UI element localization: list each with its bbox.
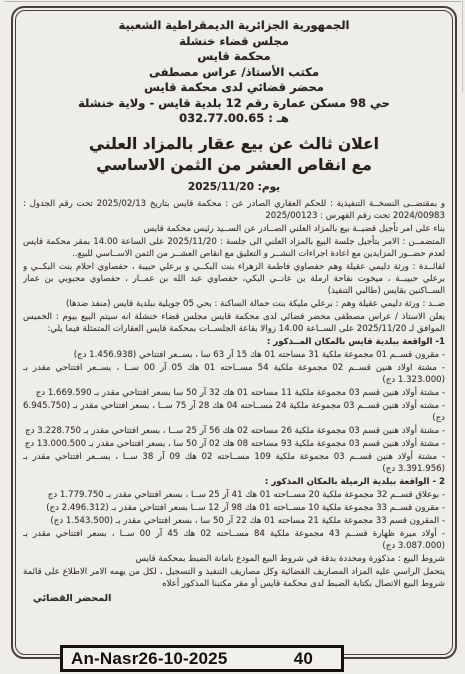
property-item: - مشته أولاد هنين قســم 03 مجموعة ملكية … — [23, 400, 445, 424]
notice-paragraph-postponement: المتضمــن : الامر بتأجيل جلسة البيع بالم… — [23, 236, 445, 260]
property-item: - مقرون قســم 33 مجموعة ملكية 10 مســاحت… — [23, 502, 445, 514]
title-line-2: مع انقاص العشر من الثمن الاساسي — [23, 155, 445, 176]
phone-line: هـ : 032.77.00.65 — [23, 111, 445, 127]
section-2-heading: 2 - الواقعة ببلدية الرميلة بالمكان المذك… — [23, 476, 445, 488]
title-line-1: اعلان ثالث عن بيع عقار بالمزاد العلني — [23, 134, 445, 155]
address-line: حي 98 مسكن عمارة رقم 12 بلدية قايس - ولا… — [23, 96, 445, 112]
office-line: مكتب الأستاذ/ عراس مصطفى — [23, 65, 445, 81]
page-number: 40 — [294, 649, 313, 669]
bailiff-line: محضر قضائي لدى محكمة قايس — [23, 80, 445, 96]
property-item: - مقرون قســم 01 مجموعة ملكية 31 مساحته … — [23, 349, 445, 361]
legal-notice-page: الجمهورية الجزائرية الديمقراطية الشعبية … — [0, 0, 465, 674]
scan-edge-line-right — [462, 0, 463, 92]
property-item: - بوعلاق قســم 32 مجموعة ملكية 20 مســاح… — [23, 489, 445, 501]
property-item: - أولاد ميرة ظهارة قســم 43 مجموعة ملكية… — [23, 528, 445, 552]
republic-line: الجمهورية الجزائرية الديمقراطية الشعبية — [23, 18, 445, 34]
property-item: - مشتة أولاد هنين قسم 03 مجموعة ملكية 93… — [23, 438, 445, 450]
sale-conditions: شروط البيع : مذكورة ومحددة بدقة في شروط … — [23, 553, 445, 565]
fees-clause: يتحمل الراسي عليه المزاد المصاريف القضائ… — [23, 566, 445, 590]
notice-paragraph-announcement: يعلن الاستاذ / عراس مصطفى محضر قضائي لدى… — [23, 311, 445, 335]
notice-paragraph-beneficiaries: لفائــدة : ورثة دليمي عقيلة وهم حفصاوي ف… — [23, 261, 445, 297]
notice-content: الجمهورية الجزائرية الديمقراطية الشعبية … — [23, 13, 445, 651]
newspaper-name-date: An-Nasr26-10-2025 — [71, 649, 227, 669]
property-item: - مشتة أولاد هنين قســم 03 مجموعة ملكية … — [23, 451, 445, 475]
notice-paragraph-against: ضــد : ورثة دليمي عقيلة وهم : برعلي مليك… — [23, 298, 445, 310]
property-item: - مشتة اولاد هنين قســم 02 مجموعة ملكية … — [23, 362, 445, 386]
scan-edge-line — [4, 1, 461, 2]
notice-body: و بمقتضــى النسخــة التنفيذية : للحكم ال… — [23, 198, 445, 590]
auction-date: يوم: 2025/11/20 — [23, 181, 445, 194]
property-item: - مشتة أولاد هنين قسم 03 مجموعة ملكية 26… — [23, 425, 445, 437]
notice-paragraph-order: بناء على امر تأجيل قضيــة بيع بالمزاد ال… — [23, 223, 445, 235]
notice-title: اعلان ثالث عن بيع عقار بالمزاد العلني مع… — [23, 134, 445, 176]
notice-border-frame: الجمهورية الجزائرية الديمقراطية الشعبية … — [11, 6, 457, 659]
section-1-heading: 1- الواقعة ببلدية قايس بالمكان المــذكور… — [23, 336, 445, 348]
court-header: الجمهورية الجزائرية الديمقراطية الشعبية … — [23, 13, 445, 127]
bailiff-signature: المحضر القضائي — [23, 593, 445, 605]
notice-paragraph-writ: و بمقتضــى النسخــة التنفيذية : للحكم ال… — [23, 198, 445, 222]
council-line: مجلس قضاء خنشلة — [23, 34, 445, 50]
court-line: محكمة قايس — [23, 49, 445, 65]
property-item: - مشتة أولاد هنين قسم 03 مجموعة ملكية 11… — [23, 387, 445, 399]
newspaper-footer-box: An-Nasr26-10-2025 40 — [60, 645, 344, 672]
property-item: - المقرون قسم 33 مجموعة ملكية 21 مساحته … — [23, 515, 445, 527]
